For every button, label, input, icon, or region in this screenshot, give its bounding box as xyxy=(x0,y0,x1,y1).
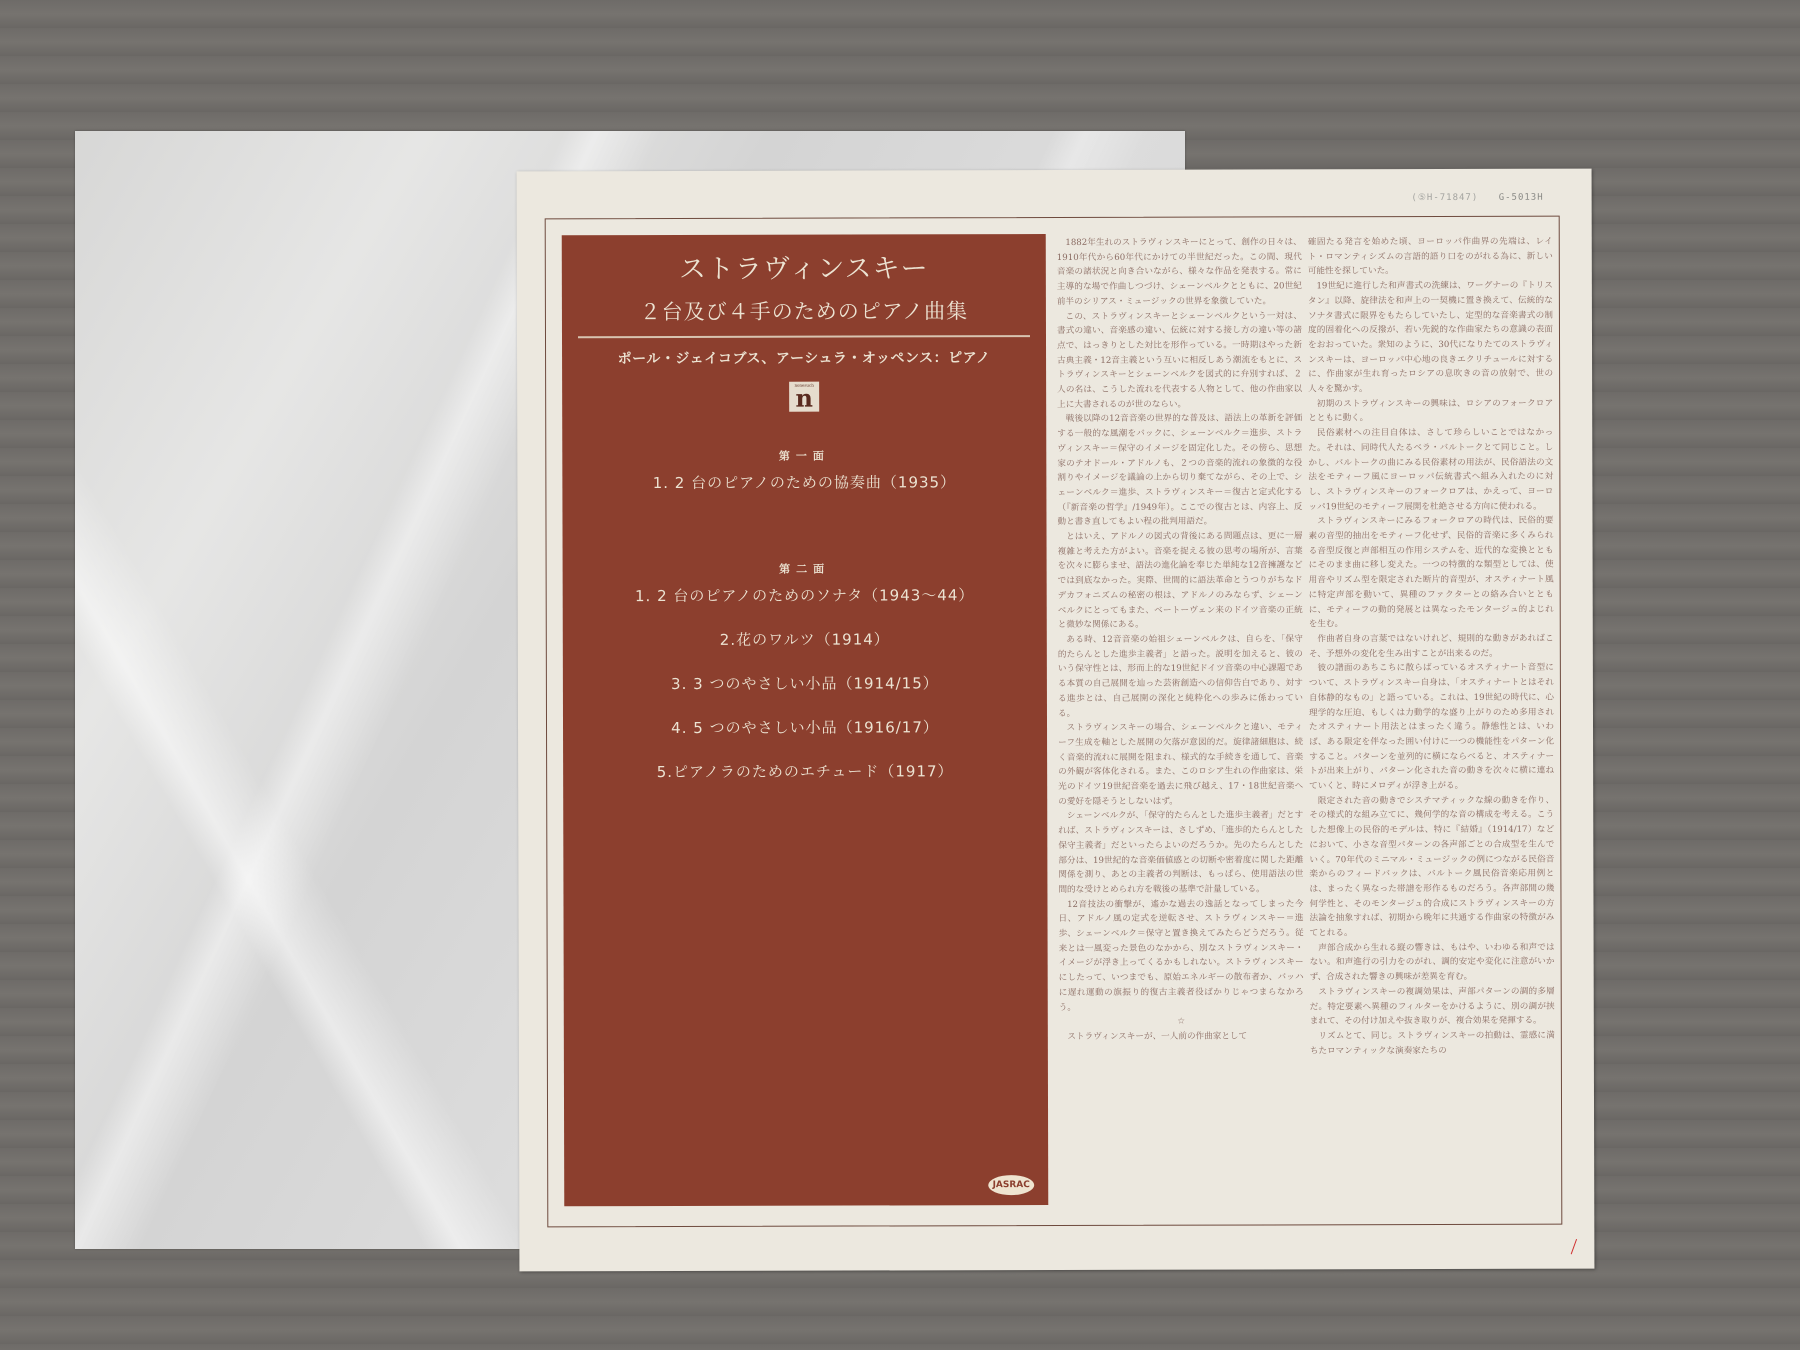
essay-paragraph: リズムとて、同じ。ストラヴィンスキーの拍動は、霊感に満ちたロマンティックな演奏家… xyxy=(1310,1029,1555,1059)
logo-mark: n xyxy=(795,383,813,412)
side-one-tracklist: 1. 2 台のピアノのための協奏曲（1935） xyxy=(562,471,1046,493)
performers: ポール・ジェイコブス、アーシュラ・オッペンス：ピアノ xyxy=(562,347,1046,368)
essay-column-2: 確固たる発言を始めた頃、ヨーロッパ作曲界の先端は、レイト・ロマンティシズムの言語… xyxy=(1308,235,1555,1059)
essay-paragraph: 作曲者自身の言葉ではないけれど、規則的な動きがあればこそ、予想外の変化を生み出す… xyxy=(1309,632,1554,662)
track-item: 4. 5 つのやさしい小品（1916/17） xyxy=(563,716,1047,738)
side-one-label: 第一面 xyxy=(562,447,1046,464)
essay-paragraph: ストラヴィンスキーの場合、シェーンベルクと違い、モティーフ生成を軸とした展開の欠… xyxy=(1058,721,1303,810)
track-item: 1. 2 台のピアノのための協奏曲（1935） xyxy=(562,471,1046,493)
track-item: 1. 2 台のピアノのためのソナタ（1943〜44） xyxy=(563,584,1047,606)
essay-paragraph: とはいえ、アドルノの図式の背後にある問題点は、更に一層複雑と考えた方がよい。音楽… xyxy=(1058,529,1303,633)
essay-paragraph: ある時、12音音楽の始祖シェーンベルクは、自らを、「保守的たらんとした進歩主義者… xyxy=(1058,632,1303,721)
essay-paragraph: 初期のストラヴィンスキーの興味は、ロシアのフォークロアとともに動く。 xyxy=(1308,396,1553,426)
side-two-tracklist: 1. 2 台のピアノのためのソナタ（1943〜44） 2.花のワルツ（1914）… xyxy=(563,584,1048,782)
essay-paragraph: この、ストラヴィンスキーとシェーンベルクという一対は、書式の違い、音楽感の違い、… xyxy=(1057,309,1302,413)
essay-paragraph: 彼の譜面のあちこちに散らばっているオスティナート音型について、ストラヴィンスキー… xyxy=(1309,661,1554,794)
content-frame: ストラヴィンスキー ２台及び４手のためのピアノ曲集 ポール・ジェイコブス、アーシ… xyxy=(545,216,1563,1228)
essay-paragraph: 民俗素材への注目自体は、さして珍らしいことではなかった。それは、同時代人たるベラ… xyxy=(1308,426,1553,515)
catalog-prefix: (⑤H-71847) xyxy=(1411,193,1478,203)
essay-paragraph: 声部合成から生れる縦の響きは、もはや、いわゆる和声ではない。和声進行の引力をのが… xyxy=(1310,940,1555,985)
album-subtitle: ２台及び４手のためのピアノ曲集 xyxy=(562,295,1046,326)
essay-paragraph: 1882年生れのストラヴィンスキーにとって、創作の日々は、1910年代から60年… xyxy=(1057,235,1302,309)
divider xyxy=(578,335,1030,338)
track-item: 3. 3 つのやさしい小品（1914/15） xyxy=(563,672,1047,694)
essay-paragraph: 19世紀に進行した和声書式の洗練は、ワーグナーの『トリスタン』以降、旋律法を和声… xyxy=(1308,279,1553,397)
essay-paragraph: 限定された音の動きでシステマティックな線の動きを作り、その様式的な組み立てに、幾… xyxy=(1309,793,1554,941)
star-separator-icon: ☆ xyxy=(1059,1015,1304,1030)
catalog-code: G-5013H xyxy=(1499,193,1544,203)
essay-paragraph: シェーンベルクが、「保守的たらんとした進歩主義者」だとすれば、ストラヴィンスキー… xyxy=(1058,809,1303,898)
logo-caption: nonesuch xyxy=(789,382,819,387)
title-panel: ストラヴィンスキー ２台及び４手のためのピアノ曲集 ポール・ジェイコブス、アーシ… xyxy=(562,234,1049,1206)
essay-column-1: 1882年生れのストラヴィンスキーにとって、創作の日々は、1910年代から60年… xyxy=(1057,235,1304,1044)
track-item: 5.ピアノラのためのエチュード（1917） xyxy=(563,760,1047,782)
essay-paragraph: ストラヴィンスキーの複調効果は、声部パターンの調的多層だ。特定要素へ異種のフィル… xyxy=(1310,985,1555,1030)
catalog-number: (⑤H-71847) G-5013H xyxy=(1411,193,1543,203)
side-two-label: 第二面 xyxy=(563,560,1047,577)
corner-mark xyxy=(1571,1239,1577,1254)
essay-paragraph: ストラヴィンスキーにみるフォークロアの時代は、民俗的要素の音型的抽出をモティーフ… xyxy=(1308,514,1553,632)
track-item: 2.花のワルツ（1914） xyxy=(563,628,1047,650)
essay-paragraph: ストラヴィンスキーが、一人前の作曲家として xyxy=(1059,1029,1304,1044)
essay-paragraph: 戦後以降の12音音楽の世界的な普及は、語法上の革新を評価する一般的な風潮をバック… xyxy=(1057,412,1302,530)
liner-notes-insert: (⑤H-71847) G-5013H ストラヴィンスキー ２台及び４手のためのピ… xyxy=(517,169,1595,1272)
nonesuch-logo-icon: nonesuch n xyxy=(789,381,819,411)
jasrac-logo-icon: JASRAC xyxy=(988,1175,1034,1195)
essay-paragraph: 12音技法の衝撃が、遙かな過去の逸話となってしまった今日、アドルノ風の定式を逆転… xyxy=(1058,897,1303,1015)
essay-paragraph: 確固たる発言を始めた頃、ヨーロッパ作曲界の先端は、レイト・ロマンティシズムの言語… xyxy=(1308,235,1553,280)
album-title: ストラヴィンスキー xyxy=(562,246,1046,286)
